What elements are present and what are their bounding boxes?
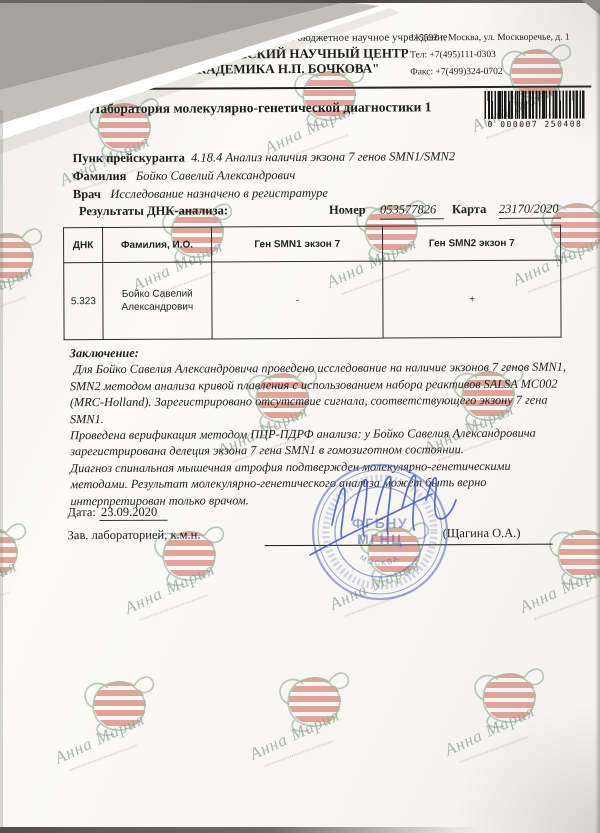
date-label: Дата: <box>67 505 95 519</box>
results-label: Результаты ДНК-анализа: <box>79 203 228 219</box>
stamp-city: МОСКВА <box>358 553 401 568</box>
position-title: Зав. лабораторией, к.м.н. <box>68 528 201 544</box>
surname-value: Бойко Савелий Александрович <box>136 168 296 183</box>
col-header-name: Фамилия, И.О. <box>102 227 211 263</box>
lab-title: Лаборатория молекулярно-генетической диа… <box>53 99 468 117</box>
table-row: 5.323 Бойко Савелий Александрович - + <box>64 260 561 340</box>
col-header-dnk: ДНК <box>64 228 103 263</box>
org-name-line2: ИМЕНИ АКАДЕМИКА Н.П. БОЧКОВА" <box>56 60 456 78</box>
barcode-bars <box>484 91 585 120</box>
barcode: 0 000007 250408 <box>484 91 585 130</box>
cell-patient-name: Бойко Савелий Александрович <box>103 262 212 340</box>
surname-label: Фамилия <box>73 169 127 183</box>
card-label: Карта <box>452 202 487 217</box>
svg-text:МОСКВА: МОСКВА <box>358 553 401 568</box>
org-address: 115522 г. Москва, ул. Москворечье, д. 1 <box>410 30 570 48</box>
dna-results-table: ДНК Фамилия, И.О. Ген SMN1 экзон 7 Ген S… <box>63 225 562 341</box>
org-fax: Факс: +7(499)324-0702 <box>410 64 570 82</box>
cell-smn2-result: + <box>383 260 561 338</box>
price-item-row: Пунк прейскуранта 4.18.4 Анализ наличия … <box>73 149 455 166</box>
header-separator <box>26 85 591 90</box>
barcode-digits: 0 000007 250408 <box>484 120 585 130</box>
col-header-smn1: Ген SMN1 экзон 7 <box>211 226 383 262</box>
date-row: Дата: 23.09.2020 <box>67 505 167 521</box>
date-value: 23.09.2020 <box>99 505 167 521</box>
conclusion-paragraph-1: Для Бойко Савелия Александровича проведе… <box>70 359 570 427</box>
price-item-label: Пунк прейскуранта <box>73 151 185 166</box>
card-value: 23170/2020 <box>499 202 561 219</box>
cell-smn1-result: - <box>212 261 384 339</box>
doctor-row: Врач Исследование назначено в регистрату… <box>73 186 328 202</box>
doctor-value: Исследование назначено в регистратуре <box>110 186 328 201</box>
stamp-and-signature: ФГБНУ МГНЦ МОСКВА <box>280 430 500 625</box>
org-type-line: льное государственное бюджетное научное … <box>188 32 448 44</box>
org-contacts: 115522 г. Москва, ул. Москворечье, д. 1 … <box>410 30 570 82</box>
surname-row: Фамилия Бойко Савелий Александрович <box>73 168 296 184</box>
price-item-value: 4.18.4 Анализ наличия экзона 7 генов SMN… <box>191 149 455 164</box>
number-value: 053577826 <box>380 202 444 219</box>
doctor-label: Врач <box>73 187 101 201</box>
results-row: Результаты ДНК-анализа: Номер 053577826 … <box>0 201 599 224</box>
org-phone: Тел: +7(495)111-0303 <box>410 47 570 65</box>
cell-dna-id: 5.323 <box>64 263 103 340</box>
number-label: Номер <box>329 203 366 218</box>
scanned-document: Анна Мария Анна Мария Анна Мария Анна Ма… <box>0 0 600 833</box>
patient-name-text: Бойко Савелий Александрович <box>116 288 198 314</box>
col-header-smn2: Ген SMN2 экзон 7 <box>383 225 561 261</box>
round-stamp: ФГБНУ МГНЦ МОСКВА <box>313 465 447 599</box>
table-header-row: ДНК Фамилия, И.О. Ген SMN1 экзон 7 Ген S… <box>64 225 561 263</box>
document-content: льное государственное бюджетное научное … <box>0 0 600 833</box>
